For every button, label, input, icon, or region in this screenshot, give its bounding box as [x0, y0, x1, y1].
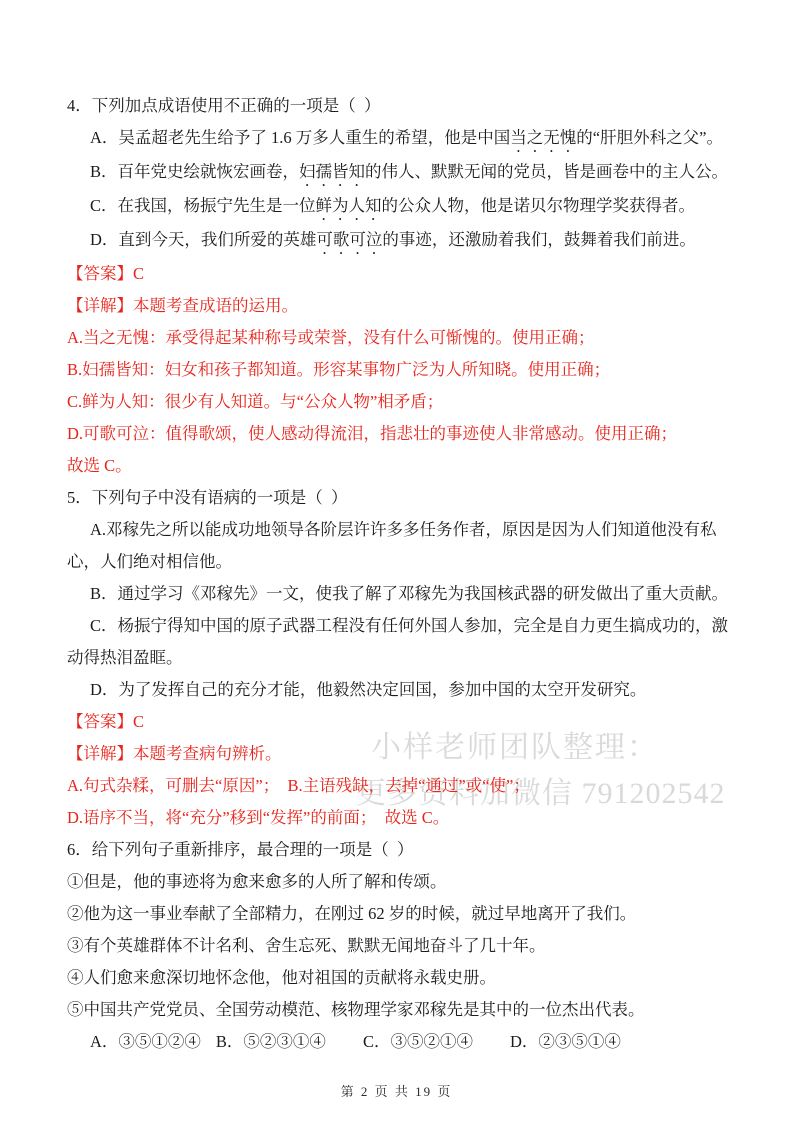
question-5-answer: 【答案】C — [67, 706, 729, 738]
detail-label: 【详解】 — [67, 744, 133, 763]
option-text: 的“肝胆外科之父”。 — [576, 128, 723, 147]
emphasized-idiom: 鲜为人知 — [316, 196, 382, 215]
option-text: 的事迹，还激励着我们，鼓舞着我们前进。 — [382, 230, 696, 249]
option-text: 在我国，杨振宁先生是一位 — [118, 196, 316, 215]
question-6-sentence-4: ④人们愈来愈深切地怀念他，他对祖国的贡献将永载史册。 — [67, 962, 729, 994]
question-5-detail-ab: A.句式杂糅，可删去“原因”； B.主语残缺，去掉“通过”或“使”； — [67, 770, 729, 802]
option-label: A. — [90, 520, 106, 539]
page-number-footer: 第 2 页 共 19 页 — [0, 1081, 793, 1100]
question-4-detail-intro: 【详解】本题考查成语的运用。 — [67, 290, 729, 322]
question-4-option-a: A．吴孟超老先生给予了 1.6 万多人重生的希望，他是中国当之无愧的“肝胆外科之… — [67, 122, 729, 156]
question-6-sentence-5: ⑤中国共产党党员、全国劳动模范、核物理学家邓稼先是其中的一位杰出代表。 — [67, 994, 729, 1026]
answer-label: 【答案】 — [67, 712, 133, 731]
document-body: 4．下列加点成语使用不正确的一项是（ ） A．吴孟超老先生给予了 1.6 万多人… — [67, 90, 729, 1058]
question-5-number: 5． — [67, 488, 92, 507]
question-6-option-c: C．③⑤②①④ — [363, 1032, 473, 1051]
question-5-option-a: A.邓稼先之所以能成功地领导各阶层许许多多任务作者，原因是因为人们知道他没有私心… — [67, 514, 729, 578]
question-4-conclusion: 故选 C。 — [67, 450, 729, 482]
option-label: B． — [90, 162, 118, 181]
question-6-sentence-3: ③有个英雄群体不计名利、舍生忘死、默默无闻地奋斗了几十年。 — [67, 930, 729, 962]
question-5-stem-text: 下列句子中没有语病的一项是（ ） — [92, 488, 348, 507]
question-6-options: A．③⑤①②④B．⑤②③①④C．③⑤②①④D．②③⑤①④ — [67, 1026, 729, 1058]
detail-label: 【详解】 — [67, 296, 133, 315]
question-6-option-a: A．③⑤①②④ — [90, 1032, 201, 1051]
answer-label: 【答案】 — [67, 264, 133, 283]
option-text: 吴孟超老先生给予了 1.6 万多人重生的希望，他是中国 — [118, 128, 510, 147]
question-6-stem-text: 给下列句子重新排序，最合理的一项是（ ） — [92, 840, 414, 859]
question-5-option-b: B．通过学习《邓稼先》一文，使我了解了邓稼先为我国核武器的研发做出了重大贡献。 — [67, 578, 729, 610]
question-4-number: 4． — [67, 96, 92, 115]
option-label: C． — [90, 616, 118, 635]
option-label: C． — [90, 196, 118, 215]
option-label: D． — [90, 680, 118, 699]
question-6-stem: 6．给下列句子重新排序，最合理的一项是（ ） — [67, 834, 729, 866]
question-5-option-c: C．杨振宁得知中国的原子武器工程没有任何外国人参加，完全是自力更生搞成功的，激动… — [67, 610, 729, 674]
question-5-option-d: D．为了发挥自己的充分才能，他毅然决定回国，参加中国的太空开发研究。 — [67, 674, 729, 706]
question-6-sentence-1: ①但是，他的事迹将为愈来愈多的人所了解和传颂。 — [67, 866, 729, 898]
emphasized-idiom: 妇孺皆知 — [299, 162, 365, 181]
answer-value: C — [133, 264, 144, 283]
question-4-option-c: C．在我国，杨振宁先生是一位鲜为人知的公众人物，他是诺贝尔物理学奖获得者。 — [67, 190, 729, 224]
option-text: 通过学习《邓稼先》一文，使我了解了邓稼先为我国核武器的研发做出了重大贡献。 — [118, 584, 729, 603]
question-4-stem: 4．下列加点成语使用不正确的一项是（ ） — [67, 90, 729, 122]
question-4-option-b: B．百年党史绘就恢宏画卷，妇孺皆知的伟人、默默无闻的党员，皆是画卷中的主人公。 — [67, 156, 729, 190]
question-6-option-b: B．⑤②③①④ — [216, 1032, 326, 1051]
question-5-stem: 5．下列句子中没有语病的一项是（ ） — [67, 482, 729, 514]
emphasized-idiom: 可歌可泣 — [316, 230, 382, 249]
question-6-sentence-2: ②他为这一事业奉献了全部精力，在刚过 62 岁的时候，就过早地离开了我们。 — [67, 898, 729, 930]
question-6-option-d: D．②③⑤①④ — [510, 1032, 621, 1051]
emphasized-idiom: 当之无愧 — [510, 128, 576, 147]
detail-intro-text: 本题考查成语的运用。 — [133, 296, 298, 315]
question-5-detail-d-conclusion: D.语序不当，将“充分”移到“发挥”的前面； 故选 C。 — [67, 802, 729, 834]
option-text: 邓稼先之所以能成功地领导各阶层许许多多任务作者，原因是因为人们知道他没有私心，人… — [67, 520, 717, 571]
option-text: 的伟人、默默无闻的党员，皆是画卷中的主人公。 — [365, 162, 728, 181]
question-5-detail-intro: 【详解】本题考查病句辨析。 — [67, 738, 729, 770]
option-text: 杨振宁得知中国的原子武器工程没有任何外国人参加，完全是自力更生搞成功的，激动得热… — [67, 616, 728, 667]
option-label: D． — [90, 230, 118, 249]
option-text: 的公众人物，他是诺贝尔物理学奖获得者。 — [382, 196, 696, 215]
option-text: 为了发挥自己的充分才能，他毅然决定回国，参加中国的太空开发研究。 — [118, 680, 646, 699]
question-4-answer: 【答案】C — [67, 258, 729, 290]
detail-intro-text: 本题考查病句辨析。 — [133, 744, 282, 763]
answer-value: C — [133, 712, 144, 731]
option-label: A． — [90, 128, 118, 147]
question-4-stem-text: 下列加点成语使用不正确的一项是（ ） — [92, 96, 381, 115]
question-4-detail-a: A.当之无愧：承受得起某种称号或荣誉，没有什么可惭愧的。使用正确； — [67, 322, 729, 354]
option-text: 直到今天，我们所爱的英雄 — [118, 230, 316, 249]
question-4-option-d: D．直到今天，我们所爱的英雄可歌可泣的事迹，还激励着我们，鼓舞着我们前进。 — [67, 224, 729, 258]
option-label: B． — [90, 584, 118, 603]
question-4-detail-b: B.妇孺皆知：妇女和孩子都知道。形容某事物广泛为人所知晓。使用正确； — [67, 354, 729, 386]
option-text: 百年党史绘就恢宏画卷， — [118, 162, 300, 181]
question-6-number: 6． — [67, 840, 92, 859]
question-4-detail-d: D.可歌可泣：值得歌颂，使人感动得流泪，指悲壮的事迹使人非常感动。使用正确； — [67, 418, 729, 450]
exam-page: 小样老师团队整理： 更多资料加微信 791202542 4．下列加点成语使用不正… — [0, 0, 793, 1122]
question-4-detail-c: C.鲜为人知：很少有人知道。与“公众人物”相矛盾； — [67, 386, 729, 418]
